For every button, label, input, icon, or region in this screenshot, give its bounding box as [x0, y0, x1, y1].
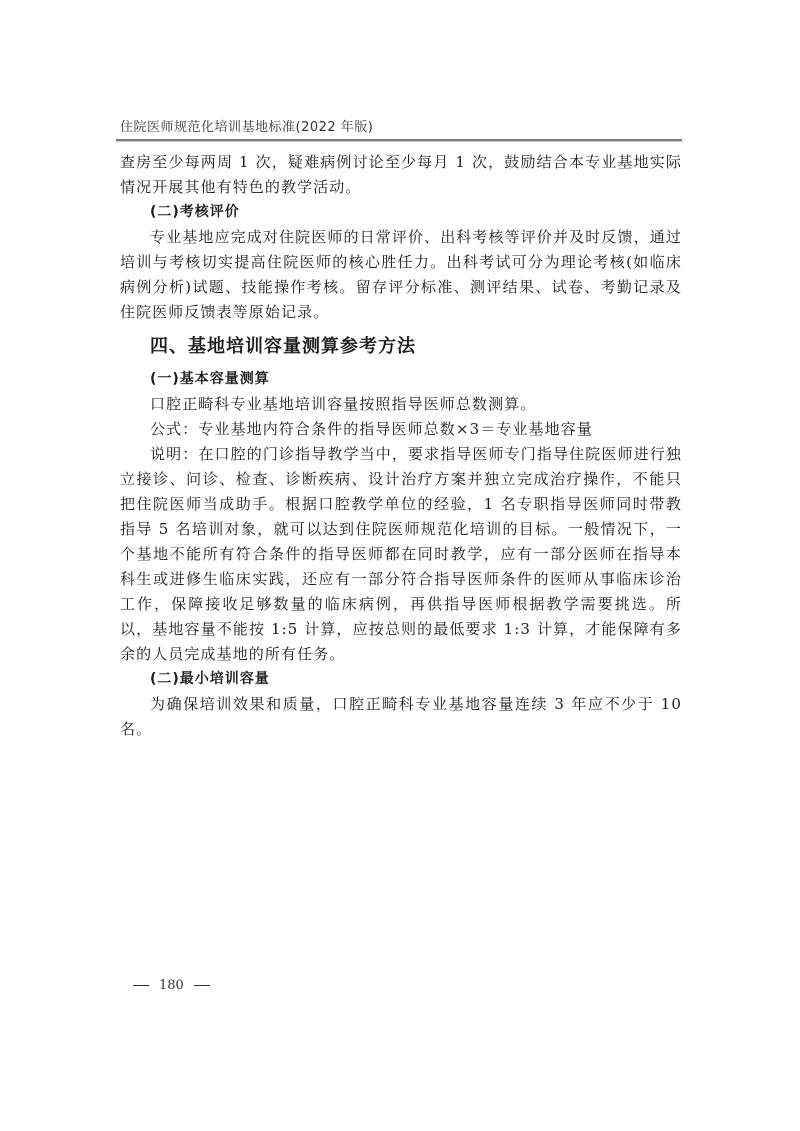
- capacity-note: 说明：在口腔的门诊指导教学当中，要求指导医师专门指导住院医师进行独立接诊、问诊、…: [120, 442, 682, 667]
- page-body: 查房至少每两周 1 次，疑难病例讨论至少每月 1 次，鼓励结合本专业基地实际情况…: [120, 150, 682, 742]
- assessment-paragraph: 专业基地应完成对住院医师的日常评价、出科考核等评价并及时反馈，通过培训与考核切实…: [120, 225, 682, 325]
- subheading-basic-capacity: (一)基本容量测算: [120, 367, 682, 392]
- header-rule: [116, 139, 682, 142]
- intro-paragraph: 查房至少每两周 1 次，疑难病例讨论至少每月 1 次，鼓励结合本专业基地实际情况…: [120, 150, 682, 200]
- page-number: 180: [123, 978, 220, 993]
- minimum-capacity-paragraph: 为确保培训效果和质量，口腔正畸科专业基地容量连续 3 年应不少于 10 名。: [120, 692, 682, 742]
- dash-left: [133, 985, 149, 986]
- running-header: 住院医师规范化培训基地标准(2022 年版): [120, 116, 373, 135]
- page-number-value: 180: [159, 978, 184, 993]
- dash-right: [194, 985, 210, 986]
- subheading-assessment: (二)考核评价: [120, 200, 682, 225]
- basic-capacity-paragraph: 口腔正畸科专业基地培训容量按照指导医师总数测算。: [120, 392, 682, 417]
- section-title-capacity: 四、基地培训容量测算参考方法: [120, 334, 682, 360]
- subheading-minimum-capacity: (二)最小培训容量: [120, 667, 682, 692]
- capacity-formula: 公式：专业基地内符合条件的指导医师总数×3＝专业基地容量: [120, 417, 682, 442]
